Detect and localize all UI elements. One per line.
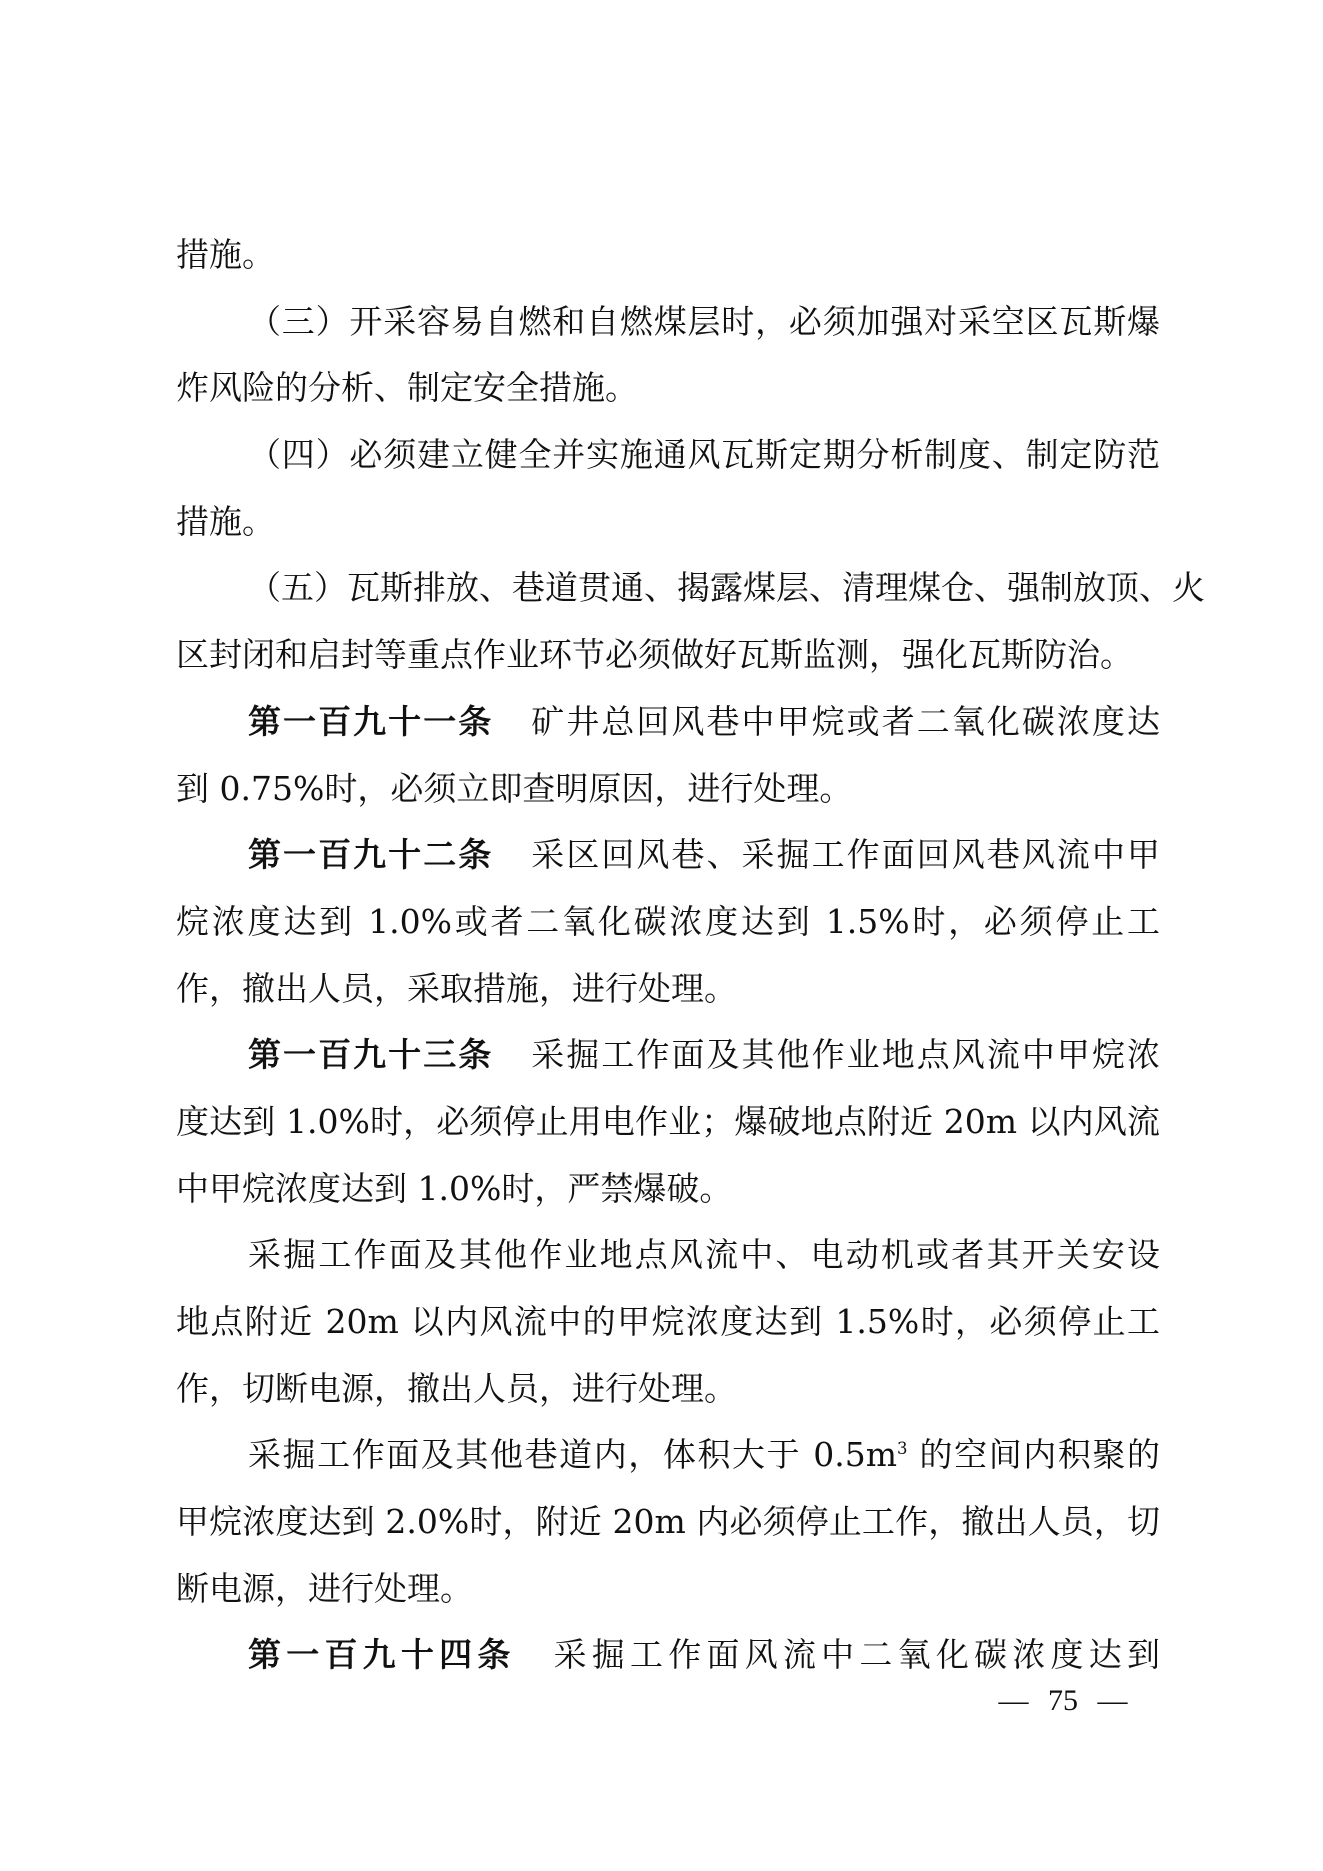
article-193: 第一百九十三条采掘工作面及其他作业地点风流中甲烷浓: [176, 1022, 1160, 1089]
article-number: 第一百九十三条: [248, 1035, 493, 1074]
article-192: 第一百九十二条采区回风巷、采掘工作面回风巷风流中甲: [176, 822, 1160, 889]
text-line: 度达到 1.0%时，必须停止用电作业；爆破地点附近 20m 以内风流: [176, 1089, 1160, 1156]
text-line: 作，切断电源，撤出人员，进行处理。: [176, 1356, 1160, 1423]
text-line: 地点附近 20m 以内风流中的甲烷浓度达到 1.5%时，必须停止工: [176, 1289, 1160, 1356]
text-line: 烷浓度达到 1.0%或者二氧化碳浓度达到 1.5%时，必须停止工: [176, 889, 1160, 956]
article-text: 采掘工作面及其他作业地点风流中甲烷浓: [531, 1035, 1160, 1074]
text-segment: 的空间内积聚的: [908, 1435, 1161, 1474]
document-body: 措施。 （三）开采容易自燃和自燃煤层时，必须加强对采空区瓦斯爆 炸风险的分析、制…: [176, 222, 1160, 1689]
list-item-5: （五）瓦斯排放、巷道贯通、揭露煤层、清理煤仓、强制放顶、火: [176, 555, 1160, 622]
text-line: 措施。: [176, 489, 1160, 556]
list-item-3: （三）开采容易自燃和自燃煤层时，必须加强对采空区瓦斯爆: [176, 289, 1160, 356]
article-text: 采掘工作面风流中二氧化碳浓度达到: [554, 1635, 1160, 1674]
list-item-4: （四）必须建立健全并实施通风瓦斯定期分析制度、制定防范: [176, 422, 1160, 489]
text-line: 措施。: [176, 222, 1160, 289]
page-number: — 75 —: [978, 1684, 1148, 1718]
article-191: 第一百九十一条矿井总回风巷中甲烷或者二氧化碳浓度达: [176, 689, 1160, 756]
text-segment: 采掘工作面及其他巷道内，体积大于 0.5m: [248, 1435, 897, 1474]
article-number: 第一百九十四条: [248, 1635, 516, 1674]
text-line: 区封闭和启封等重点作业环节必须做好瓦斯监测，强化瓦斯防治。: [176, 622, 1160, 689]
superscript: 3: [897, 1439, 908, 1458]
text-line: 甲烷浓度达到 2.0%时，附近 20m 内必须停止工作，撤出人员，切: [176, 1489, 1160, 1556]
article-text: 采区回风巷、采掘工作面回风巷风流中甲: [531, 835, 1160, 874]
article-194: 第一百九十四条采掘工作面风流中二氧化碳浓度达到: [176, 1622, 1160, 1689]
article-number: 第一百九十一条: [248, 702, 493, 741]
text-line: 炸风险的分析、制定安全措施。: [176, 355, 1160, 422]
paragraph-a-line: 采掘工作面及其他作业地点风流中、电动机或者其开关安设: [176, 1222, 1160, 1289]
paragraph-b-line: 采掘工作面及其他巷道内，体积大于 0.5m3 的空间内积聚的: [176, 1422, 1160, 1489]
article-text: 矿井总回风巷中甲烷或者二氧化碳浓度达: [531, 702, 1160, 741]
document-page: 措施。 （三）开采容易自燃和自燃煤层时，必须加强对采空区瓦斯爆 炸风险的分析、制…: [0, 0, 1323, 1871]
article-number: 第一百九十二条: [248, 835, 493, 874]
text-line: 作，撤出人员，采取措施，进行处理。: [176, 956, 1160, 1023]
text-line: 断电源，进行处理。: [176, 1556, 1160, 1623]
text-line: 到 0.75%时，必须立即查明原因，进行处理。: [176, 756, 1160, 823]
text-line: 中甲烷浓度达到 1.0%时，严禁爆破。: [176, 1156, 1160, 1223]
